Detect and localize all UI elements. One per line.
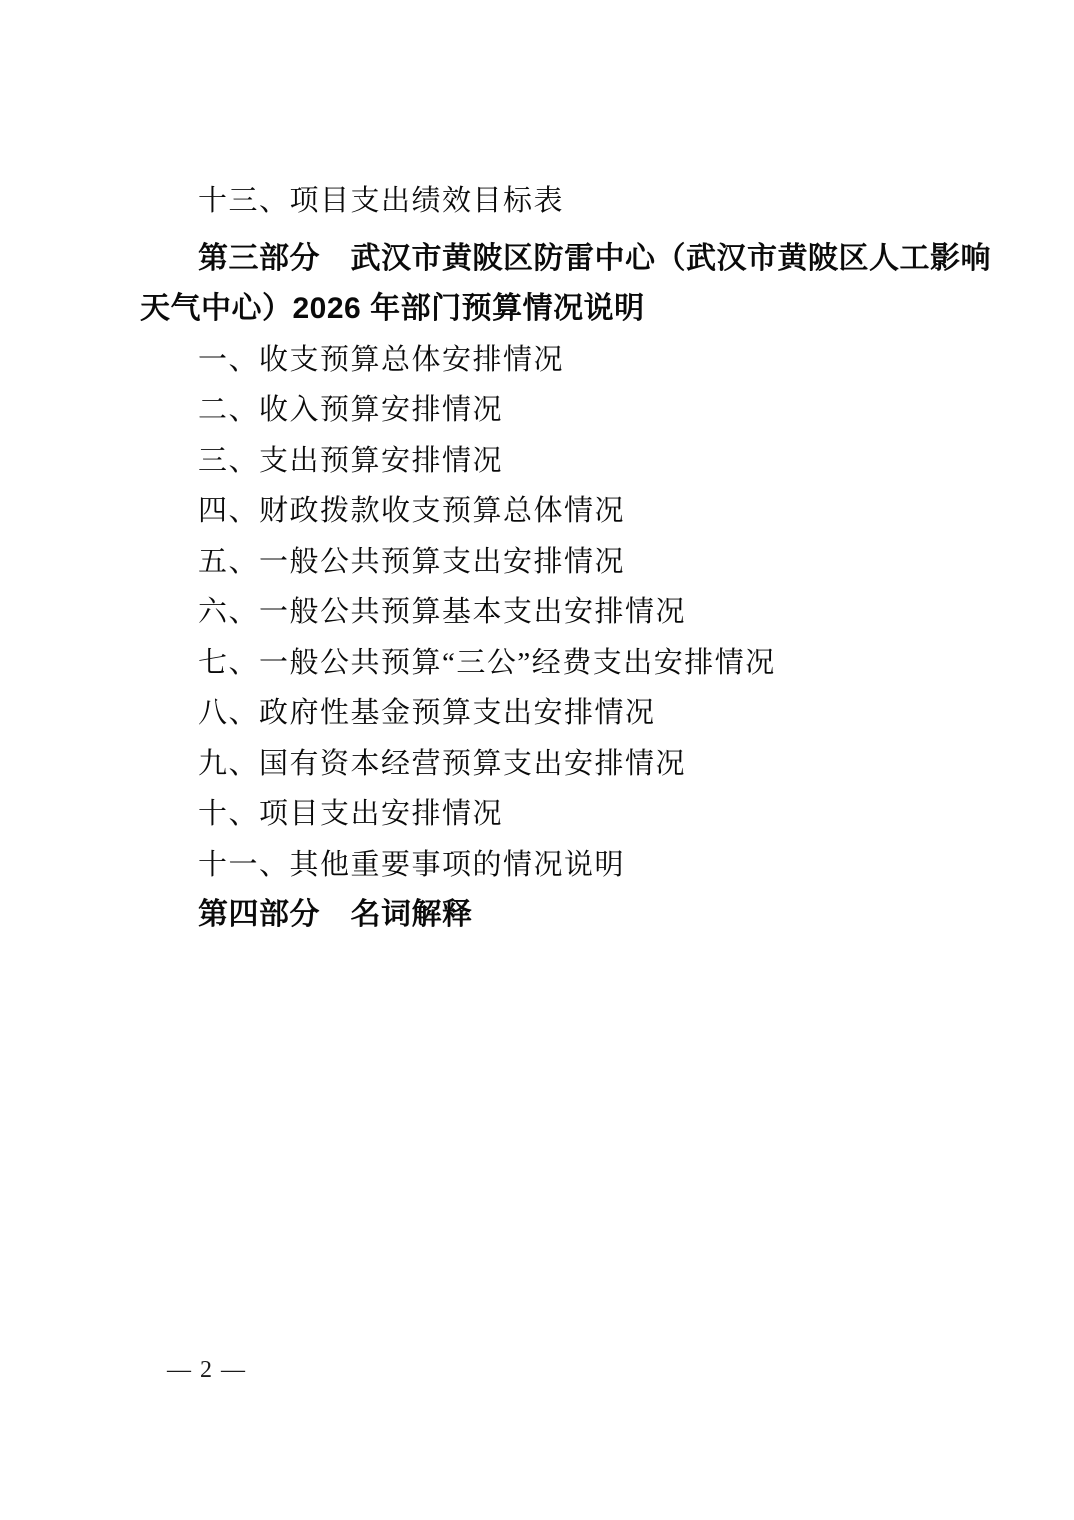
toc-item-2: 二、收入预算安排情况	[140, 385, 952, 436]
toc-item-4: 四、财政拨款收支预算总体情况	[140, 486, 952, 537]
document-page: 十三、项目支出绩效目标表 第三部分 武汉市黄陂区防雷中心（武汉市黄陂区人工影响 …	[0, 0, 1074, 1520]
toc-item-5: 五、一般公共预算支出安排情况	[140, 537, 952, 588]
footer-dash-left: —	[167, 1357, 191, 1383]
toc-item-9: 九、国有资本经营预算支出安排情况	[140, 739, 952, 790]
part3-heading-line1: 第三部分 武汉市黄陂区防雷中心（武汉市黄陂区人工影响	[140, 234, 952, 285]
document-body: 十三、项目支出绩效目标表 第三部分 武汉市黄陂区防雷中心（武汉市黄陂区人工影响 …	[140, 176, 952, 941]
page-footer: —2—	[167, 1357, 245, 1384]
toc-item-8: 八、政府性基金预算支出安排情况	[140, 688, 952, 739]
page-number: 2	[200, 1357, 212, 1383]
toc-item-11: 十一、其他重要事项的情况说明	[140, 840, 952, 891]
part4-heading: 第四部分 名词解释	[140, 890, 952, 941]
toc-item-7: 七、一般公共预算“三公”经费支出安排情况	[140, 638, 952, 689]
part3-heading-line2: 天气中心）2026 年部门预算情况说明	[140, 284, 952, 335]
toc-item-10: 十、项目支出安排情况	[140, 789, 952, 840]
toc-item-3: 三、支出预算安排情况	[140, 436, 952, 487]
toc-item-6: 六、一般公共预算基本支出安排情况	[140, 587, 952, 638]
footer-dash-right: —	[221, 1357, 245, 1383]
toc-item-1: 一、收支预算总体安排情况	[140, 335, 952, 386]
toc-item-13: 十三、项目支出绩效目标表	[140, 176, 952, 227]
